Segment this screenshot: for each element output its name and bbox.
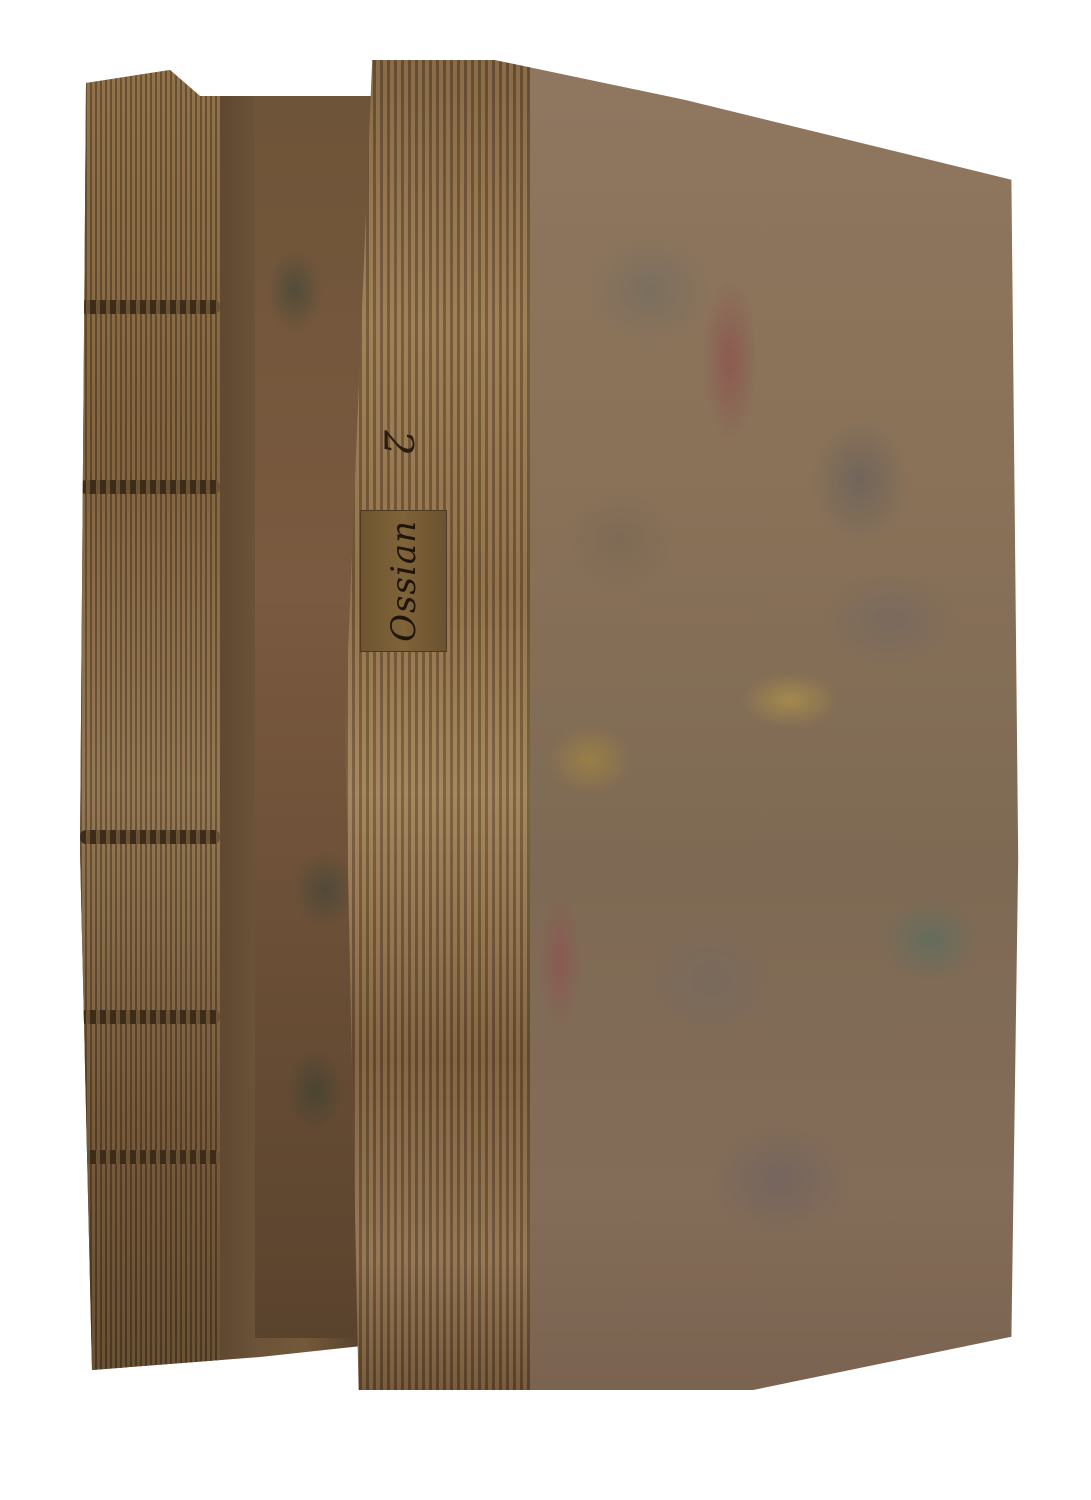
spine-band: [80, 480, 220, 494]
right-book-spine: 2 Ossian: [345, 60, 530, 1390]
right-book: 2 Ossian: [345, 60, 1025, 1390]
spine-band: [80, 1010, 220, 1024]
spine-label: Ossian: [360, 510, 447, 652]
volume-number: 2: [375, 430, 421, 455]
spine-band: [80, 300, 220, 314]
spine-band: [80, 1150, 220, 1164]
marbled-board: [530, 60, 1025, 1390]
left-book-spine: [80, 70, 220, 1370]
spine-label-text: Ossian: [384, 520, 424, 642]
left-book: [80, 70, 380, 1370]
spine-band: [80, 830, 220, 844]
